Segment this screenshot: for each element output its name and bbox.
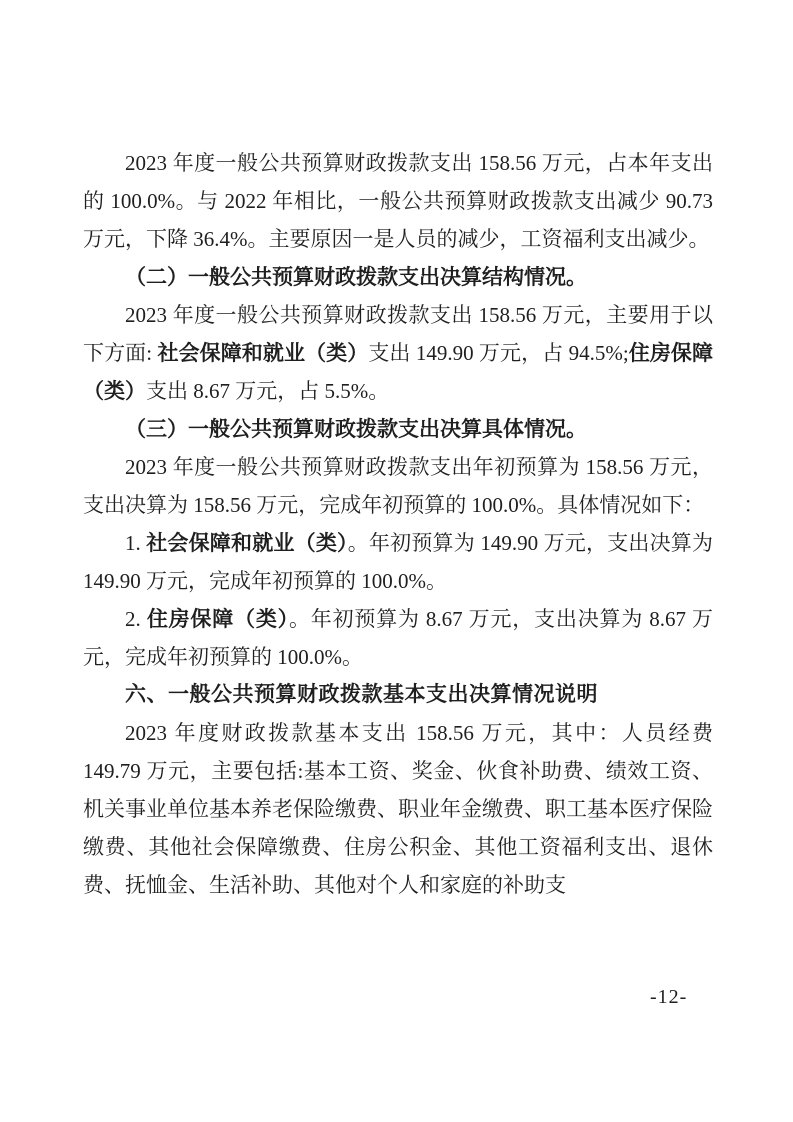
text-run: 支出 149.90 万元，占 94.5%; xyxy=(368,341,628,365)
text-run: 2023 年度财政拨款基本支出 158.56 万元，其中：人员经费 149.79… xyxy=(83,721,713,897)
page-number: -12- xyxy=(650,986,687,1009)
document-body: 2023 年度一般公共预算财政拨款支出 158.56 万元，占本年支出的 100… xyxy=(83,144,713,904)
paragraph-item-2-housing: 2. 住房保障（类）。年初预算为 8.67 万元，支出决算为 8.67 万元，完… xyxy=(83,600,713,676)
paragraph-expenditure-overview: 2023 年度一般公共预算财政拨款支出 158.56 万元，占本年支出的 100… xyxy=(83,144,713,258)
list-number: 1. xyxy=(125,531,146,555)
list-number: 2. xyxy=(125,607,147,631)
heading-text: （三）一般公共预算财政拨款支出决算具体情况。 xyxy=(125,417,587,441)
bold-term-social-security: 社会保障和就业（类） xyxy=(157,341,368,365)
bold-term-social-security: 社会保障和就业（类） xyxy=(146,531,348,555)
heading-text: （二）一般公共预算财政拨款支出决算结构情况。 xyxy=(125,265,587,289)
paragraph-expenditure-detail: 2023 年度一般公共预算财政拨款支出年初预算为 158.56 万元，支出决算为… xyxy=(83,448,713,524)
heading-section-3: （三）一般公共预算财政拨款支出决算具体情况。 xyxy=(83,410,713,448)
text-run: 2023 年度一般公共预算财政拨款支出年初预算为 158.56 万元，支出决算为… xyxy=(83,455,713,517)
bold-term-housing: 住房保障（类） xyxy=(147,607,289,631)
heading-text: 六、一般公共预算财政拨款基本支出决算情况说明 xyxy=(125,683,598,706)
heading-section-2: （二）一般公共预算财政拨款支出决算结构情况。 xyxy=(83,258,713,296)
paragraph-item-1-social-security: 1. 社会保障和就业（类）。年初预算为 149.90 万元，支出决算为 149.… xyxy=(83,524,713,600)
document-page: 2023 年度一般公共预算财政拨款支出 158.56 万元，占本年支出的 100… xyxy=(0,0,793,1122)
paragraph-basic-expenditure: 2023 年度财政拨款基本支出 158.56 万元，其中：人员经费 149.79… xyxy=(83,714,713,904)
paragraph-expenditure-structure: 2023 年度一般公共预算财政拨款支出 158.56 万元，主要用于以下方面: … xyxy=(83,296,713,410)
text-run: 支出 8.67 万元，占 5.5%。 xyxy=(146,379,389,403)
heading-section-6: 六、一般公共预算财政拨款基本支出决算情况说明 xyxy=(83,676,713,714)
text-run: 2023 年度一般公共预算财政拨款支出 158.56 万元，占本年支出的 100… xyxy=(83,151,713,251)
